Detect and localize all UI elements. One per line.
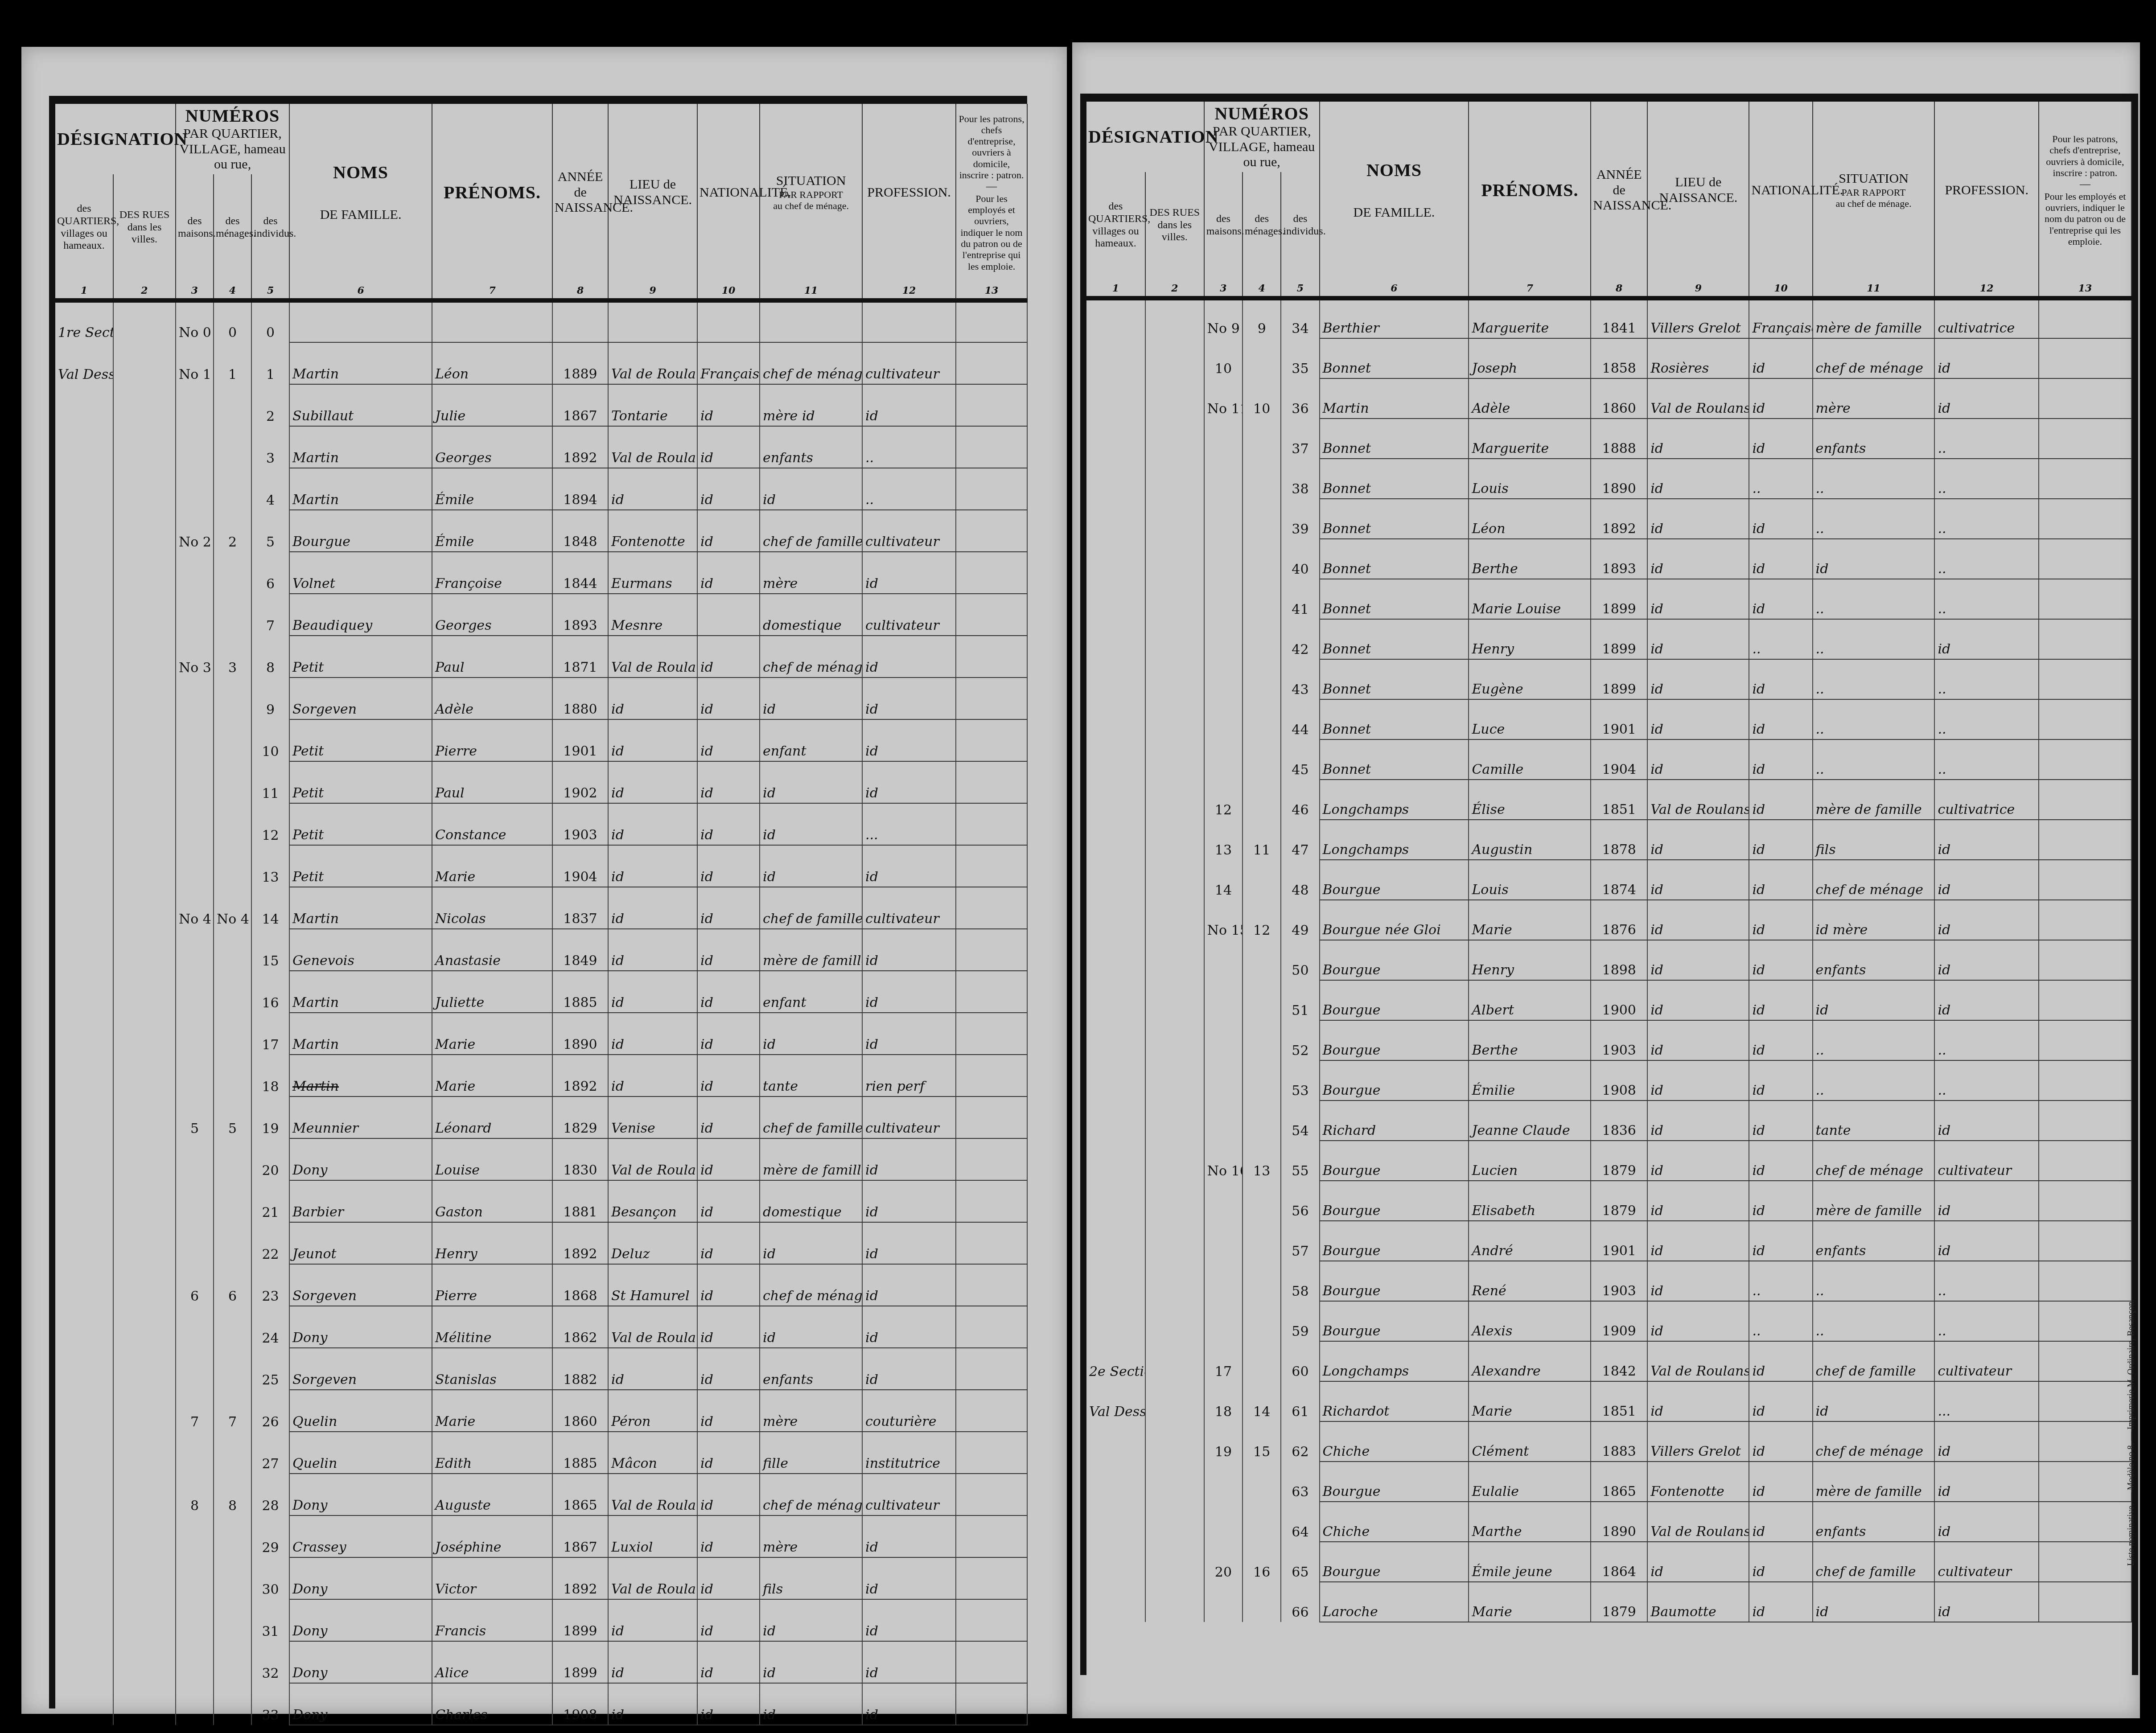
cell-maison: 17 (1204, 1341, 1243, 1381)
cell-situation: enfants (760, 1348, 862, 1390)
cell-situation: id (760, 1683, 862, 1725)
cell-rue (1145, 1582, 1204, 1622)
cell-prenom: Marguerite (1469, 298, 1591, 338)
cell-lieu: Besançon (608, 1180, 697, 1222)
cell-annee: 1871 (552, 636, 608, 678)
cell-patron (956, 1348, 1027, 1390)
cell-nom: Dony (289, 1641, 432, 1683)
cell-profession: cultivateur (862, 342, 956, 384)
header-employe-note: Pour les employés et ouvriers, indiquer … (2041, 191, 2129, 247)
cell-lieu: id (1647, 1181, 1749, 1221)
cell-nationalite: id (1749, 338, 1812, 378)
cell-annee: 1865 (1591, 1462, 1647, 1502)
cell-lieu: Val de Roulans (1647, 1341, 1749, 1381)
cell-situation: mère de famille (1813, 1462, 1935, 1502)
cell-menage: 6 (214, 1264, 251, 1306)
cell-situation: .. (1813, 1261, 1935, 1301)
cell-menage (214, 384, 251, 426)
cell-maison (1204, 1181, 1243, 1221)
cell-rue (113, 426, 176, 468)
cell-profession: .. (1934, 1060, 2038, 1101)
cell-quartier (55, 594, 113, 636)
cell-annee: 1836 (1591, 1101, 1647, 1141)
cell-rue (113, 1348, 176, 1390)
cell-lieu: id (1647, 419, 1749, 459)
cell-rue (1145, 1141, 1204, 1181)
cell-nom: Volnet (289, 552, 432, 594)
cell-annee: 1903 (1591, 1261, 1647, 1301)
cell-nom: Bourgue (1320, 1261, 1469, 1301)
cell-menage (1243, 1060, 1281, 1101)
header-profession: PROFESSION. (867, 185, 951, 200)
cell-rue (113, 594, 176, 636)
census-row: 18MartinMarie1892ididtanterien perf (55, 1055, 1027, 1096)
cell-nom: Bourgue (289, 510, 432, 552)
cell-lieu: id (608, 971, 697, 1013)
cell-rue (113, 929, 176, 971)
cell-menage (214, 929, 251, 971)
cell-situation: id (760, 1599, 862, 1641)
cell-lieu: id (608, 1055, 697, 1096)
cell-situation: chef de ménage (1813, 338, 1935, 378)
cell-maison (1204, 419, 1243, 459)
cell-profession: id (862, 1013, 956, 1055)
cell-prenom: Marie (1469, 1381, 1591, 1421)
column-number: 11 (1813, 279, 1935, 298)
cell-quartier (1086, 499, 1145, 539)
cell-individu: 46 (1281, 780, 1319, 820)
cell-lieu: Val de Roulans (1647, 1502, 1749, 1542)
cell-nom: Bonnet (1320, 499, 1469, 539)
census-row: 9SorgevenAdèle1880idididid (55, 678, 1027, 719)
cell-nom: Genevois (289, 929, 432, 971)
cell-profession: id (1934, 1462, 2038, 1502)
cell-lieu: id (1647, 659, 1749, 699)
header-menages: des ménages. (1243, 172, 1281, 279)
cell-annee: 1867 (552, 384, 608, 426)
cell-situation: id (760, 803, 862, 845)
cell-nationalite: id (1749, 940, 1812, 980)
cell-nom: Dony (289, 1306, 432, 1348)
cell-rue (113, 761, 176, 803)
cell-rue (113, 1557, 176, 1599)
cell-rue (113, 1515, 176, 1557)
cell-maison (176, 1515, 214, 1557)
census-row: 5519MeunnierLéonard1829Veniseidchef de f… (55, 1096, 1027, 1138)
cell-individu: 37 (1281, 419, 1319, 459)
cell-prenom: Louis (1469, 860, 1591, 900)
cell-situation (760, 300, 862, 342)
cell-nationalite: id (697, 384, 760, 426)
cell-individu: 40 (1281, 539, 1319, 579)
cell-quartier (1086, 780, 1145, 820)
cell-nom: Martin (289, 1055, 432, 1096)
cell-quartier: 2e Section (1086, 1341, 1145, 1381)
cell-quartier (55, 1599, 113, 1641)
census-row: 13PetitMarie1904idididid (55, 845, 1027, 887)
cell-quartier (1086, 1221, 1145, 1261)
cell-prenom: Marie (432, 845, 552, 887)
cell-nom: Sorgeven (289, 1348, 432, 1390)
cell-patron (2039, 1502, 2131, 1542)
cell-patron (2039, 659, 2131, 699)
cell-nom: Bourgue (1320, 940, 1469, 980)
cell-rue (113, 300, 176, 342)
cell-annee: 1879 (1591, 1181, 1647, 1221)
cell-prenom: Berthe (1469, 1020, 1591, 1060)
cell-menage (1243, 459, 1281, 499)
column-number: 5 (1281, 279, 1319, 298)
cell-nationalite: id (1749, 1341, 1812, 1381)
cell-quartier (55, 719, 113, 761)
cell-situation: .. (1813, 699, 1935, 739)
cell-maison: No 15 (1204, 900, 1243, 940)
cell-individu: 25 (251, 1348, 289, 1390)
cell-maison (1204, 980, 1243, 1020)
cell-quartier (55, 1180, 113, 1222)
cell-profession: .. (1934, 739, 2038, 780)
cell-individu: 41 (1281, 579, 1319, 619)
cell-individu: 55 (1281, 1141, 1319, 1181)
cell-situation: .. (1813, 579, 1935, 619)
census-row: 191562ChicheClément1883Villers Grelotidc… (1086, 1421, 2131, 1462)
census-row: 22JeunotHenry1892Deluzididid (55, 1222, 1027, 1264)
cell-menage: 11 (1243, 820, 1281, 860)
cell-profession: id (862, 929, 956, 971)
cell-menage (214, 426, 251, 468)
cell-patron (2039, 900, 2131, 940)
census-row: 57BourgueAndré1901ididenfantsid (1086, 1221, 2131, 1261)
cell-prenom: Marthe (1469, 1502, 1591, 1542)
cell-profession: institutrice (862, 1432, 956, 1474)
cell-maison: No 2 (176, 510, 214, 552)
cell-nationalite: .. (1749, 1261, 1812, 1301)
column-number: 7 (1469, 279, 1591, 298)
header-quartiers: des QUARTIERS, villages ou hameaux. (1086, 172, 1145, 279)
cell-nationalite: id (697, 803, 760, 845)
cell-quartier (55, 803, 113, 845)
cell-menage (1243, 1020, 1281, 1060)
cell-maison (176, 1180, 214, 1222)
cell-menage (214, 1515, 251, 1557)
cell-menage (214, 845, 251, 887)
cell-individu: 33 (251, 1683, 289, 1725)
cell-quartier (1086, 659, 1145, 699)
cell-individu: 18 (251, 1055, 289, 1096)
cell-annee: 1874 (1591, 860, 1647, 900)
cell-individu: 10 (251, 719, 289, 761)
column-number: 1 (55, 281, 113, 300)
cell-menage (214, 1683, 251, 1725)
column-number: 13 (956, 281, 1027, 300)
cell-situation: fille (760, 1432, 862, 1474)
cell-nationalite: id (697, 1222, 760, 1264)
cell-prenom: Lucien (1469, 1141, 1591, 1181)
cell-patron (956, 971, 1027, 1013)
cell-maison: 18 (1204, 1381, 1243, 1421)
cell-patron (956, 636, 1027, 678)
cell-prenom: Henry (1469, 619, 1591, 659)
cell-patron (956, 678, 1027, 719)
cell-maison (176, 384, 214, 426)
cell-nationalite: id (697, 510, 760, 552)
cell-nationalite: id (1749, 1421, 1812, 1462)
cell-patron (956, 1390, 1027, 1432)
cell-situation: chef de famille (1813, 1542, 1935, 1582)
cell-maison: No 4 (176, 887, 214, 929)
cell-quartier (55, 1557, 113, 1599)
cell-individu: 48 (1281, 860, 1319, 900)
cell-maison (1204, 1301, 1243, 1341)
cell-nationalite: id (697, 1348, 760, 1390)
cell-rue (1145, 1020, 1204, 1060)
census-row: Val Dessus181461RichardotMarie1851ididid… (1086, 1381, 2131, 1421)
cell-nom: Bonnet (1320, 338, 1469, 378)
cell-nom: Dony (289, 1138, 432, 1180)
cell-nationalite: id (1749, 1582, 1812, 1622)
cell-patron (956, 1306, 1027, 1348)
cell-patron (956, 1222, 1027, 1264)
cell-individu: 45 (1281, 739, 1319, 780)
cell-menage (1243, 739, 1281, 780)
cell-menage (214, 552, 251, 594)
cell-annee: 1901 (552, 719, 608, 761)
cell-lieu: id (608, 468, 697, 510)
cell-lieu: id (1647, 459, 1749, 499)
cell-quartier (1086, 539, 1145, 579)
cell-patron (956, 845, 1027, 887)
cell-rue (1145, 1421, 1204, 1462)
cell-prenom: Gaston (432, 1180, 552, 1222)
cell-individu: 11 (251, 761, 289, 803)
cell-maison: 10 (1204, 338, 1243, 378)
column-number: 6 (1320, 279, 1469, 298)
cell-profession: rien perf (862, 1055, 956, 1096)
cell-quartier (55, 636, 113, 678)
cell-lieu: id (1647, 900, 1749, 940)
cell-prenom: Joséphine (432, 1515, 552, 1557)
cell-individu: 29 (251, 1515, 289, 1557)
cell-lieu: Val de Roulans (608, 636, 697, 678)
cell-maison (1204, 1020, 1243, 1060)
census-row: 2SubillautJulie1867Tontarieidmère idid (55, 384, 1027, 426)
cell-menage: 16 (1243, 1542, 1281, 1582)
census-row: 33DonyCharles1908idididid (55, 1683, 1027, 1725)
header-maisons: des maisons. (1204, 172, 1243, 279)
cell-patron (956, 1641, 1027, 1683)
cell-menage (214, 678, 251, 719)
cell-situation: id (760, 761, 862, 803)
cell-situation: chef de ménage (1813, 860, 1935, 900)
census-row: 7726QuelinMarie1860Péronidmèrecouturière (55, 1390, 1027, 1432)
census-row: 43BonnetEugène1899idid.... (1086, 659, 2131, 699)
cell-nationalite: id (1749, 499, 1812, 539)
cell-individu: 38 (1281, 459, 1319, 499)
cell-patron (2039, 378, 2131, 419)
cell-individu: 9 (251, 678, 289, 719)
cell-maison (1204, 459, 1243, 499)
cell-quartier (55, 552, 113, 594)
cell-maison (1204, 539, 1243, 579)
census-row: 131147LongchampsAugustin1878ididfilsid (1086, 820, 2131, 860)
cell-profession: id (1934, 1502, 2038, 1542)
cell-annee: 1892 (552, 1222, 608, 1264)
cell-menage (1243, 860, 1281, 900)
cell-patron (956, 594, 1027, 636)
cell-individu: 26 (251, 1390, 289, 1432)
cell-prenom: Marguerite (1469, 419, 1591, 459)
cell-annee: 1862 (552, 1306, 608, 1348)
header-quartiers: des QUARTIERS, villages ou hameaux. (55, 174, 113, 281)
column-number: 1 (1086, 279, 1145, 298)
cell-rue (113, 1264, 176, 1306)
cell-patron (956, 1599, 1027, 1641)
cell-annee: 1899 (552, 1641, 608, 1683)
cell-nom: Dony (289, 1683, 432, 1725)
cell-situation: id (1813, 539, 1935, 579)
cell-nom: Berthier (1320, 298, 1469, 338)
cell-patron (956, 1180, 1027, 1222)
cell-maison (1204, 1261, 1243, 1301)
cell-nom: Meunnier (289, 1096, 432, 1138)
cell-rue (1145, 780, 1204, 820)
cell-quartier (55, 761, 113, 803)
cell-patron (2039, 579, 2131, 619)
cell-situation: chef de ménage (1813, 1141, 1935, 1181)
cell-nom: Richardot (1320, 1381, 1469, 1421)
header-numeros-sub: PAR QUARTIER, VILLAGE, hameau ou rue, (1206, 124, 1317, 170)
cell-quartier (55, 1306, 113, 1348)
cell-maison (176, 426, 214, 468)
cell-patron (956, 1055, 1027, 1096)
cell-lieu: id (608, 887, 697, 929)
cell-situation: id (760, 1641, 862, 1683)
cell-rue (113, 1222, 176, 1264)
cell-rue (1145, 1381, 1204, 1421)
cell-prenom: Émile jeune (1469, 1542, 1591, 1582)
cell-individu: 51 (1281, 980, 1319, 1020)
cell-patron (956, 300, 1027, 342)
cell-rue (113, 971, 176, 1013)
census-row: 6VolnetFrançoise1844Eurmansidmèreid (55, 552, 1027, 594)
cell-prenom: Berthe (1469, 539, 1591, 579)
header-noms: NOMS (292, 162, 430, 183)
cell-annee: 1900 (1591, 980, 1647, 1020)
cell-menage (1243, 1462, 1281, 1502)
header-lieu: LIEU de NAISSANCE. (1659, 175, 1737, 205)
cell-rue (113, 1306, 176, 1348)
header-prenoms: PRÉNOMS. (1481, 180, 1578, 200)
cell-maison (176, 1557, 214, 1599)
cell-maison (176, 1055, 214, 1096)
cell-annee: 1842 (1591, 1341, 1647, 1381)
cell-menage: 3 (214, 636, 251, 678)
cell-situation: mère de famille (760, 929, 862, 971)
cell-lieu: id (1647, 579, 1749, 619)
census-row: 51BourgueAlbert1900idididid (1086, 980, 2131, 1020)
cell-nationalite: id (697, 1599, 760, 1641)
cell-lieu: Rosières (1647, 338, 1749, 378)
cell-annee: 1851 (1591, 780, 1647, 820)
cell-menage: 10 (1243, 378, 1281, 419)
cell-situation: enfant (760, 719, 862, 761)
cell-profession: cultivateur (1934, 1341, 2038, 1381)
cell-annee: 1892 (1591, 499, 1647, 539)
cell-situation: id (760, 1222, 862, 1264)
cell-nationalite: id (697, 887, 760, 929)
cell-prenom: René (1469, 1261, 1591, 1301)
census-row: 37BonnetMarguerite1888ididenfants.. (1086, 419, 2131, 459)
cell-quartier: Val Dessous (55, 342, 113, 384)
cell-maison (1204, 1221, 1243, 1261)
cell-prenom: Marie Louise (1469, 579, 1591, 619)
cell-nom: Longchamps (1320, 820, 1469, 860)
cell-nationalite: id (697, 971, 760, 1013)
cell-nationalite: id (697, 845, 760, 887)
cell-individu: 7 (251, 594, 289, 636)
cell-nationalite: id (697, 1557, 760, 1599)
cell-nom: Bonnet (1320, 419, 1469, 459)
header-numeros: NUMÉROS (178, 106, 287, 126)
cell-maison (1204, 579, 1243, 619)
cell-annee: 1909 (1591, 1301, 1647, 1341)
cell-individu: 20 (251, 1138, 289, 1180)
cell-nationalite: id (1749, 1462, 1812, 1502)
cell-lieu: id (1647, 1101, 1749, 1141)
cell-patron (2039, 619, 2131, 659)
cell-nationalite: id (697, 468, 760, 510)
cell-prenom: Marie (432, 1390, 552, 1432)
cell-maison (1204, 940, 1243, 980)
cell-situation: id (760, 845, 862, 887)
census-row: 45BonnetCamille1904idid.... (1086, 739, 2131, 780)
census-row: 8828DonyAuguste1865Val de Roulansidchef … (55, 1474, 1027, 1515)
cell-nationalite: id (697, 1180, 760, 1222)
cell-annee: 1903 (552, 803, 608, 845)
cell-individu: 13 (251, 845, 289, 887)
cell-situation: id (760, 678, 862, 719)
header-numeros: NUMÉROS (1206, 103, 1317, 124)
cell-annee: 1879 (1591, 1141, 1647, 1181)
cell-profession: id (1934, 900, 2038, 940)
cell-prenom: Marie (1469, 1582, 1591, 1622)
cell-profession: .. (862, 426, 956, 468)
census-row: 54RichardJeanne Claude1836ididtanteid (1086, 1101, 2131, 1141)
cell-prenom: Charles (432, 1683, 552, 1725)
cell-individu: 0 (251, 300, 289, 342)
cell-individu: 62 (1281, 1421, 1319, 1462)
cell-patron (956, 1515, 1027, 1557)
cell-rue (113, 719, 176, 761)
cell-annee (552, 300, 608, 342)
cell-patron (2039, 539, 2131, 579)
cell-individu: 57 (1281, 1221, 1319, 1261)
cell-rue (1145, 900, 1204, 940)
census-row: 41BonnetMarie Louise1899idid.... (1086, 579, 2131, 619)
cell-lieu: id (608, 803, 697, 845)
cell-quartier (1086, 980, 1145, 1020)
cell-situation: .. (1813, 659, 1935, 699)
cell-menage (1243, 1181, 1281, 1221)
cell-individu: 61 (1281, 1381, 1319, 1421)
cell-situation: enfants (1813, 1502, 1935, 1542)
census-row: 44BonnetLuce1901idid.... (1086, 699, 2131, 739)
cell-patron (2039, 1341, 2131, 1381)
cell-lieu: Val de Roulans (608, 342, 697, 384)
cell-nationalite: id (1749, 780, 1812, 820)
cell-rue (113, 845, 176, 887)
cell-maison (176, 1683, 214, 1725)
